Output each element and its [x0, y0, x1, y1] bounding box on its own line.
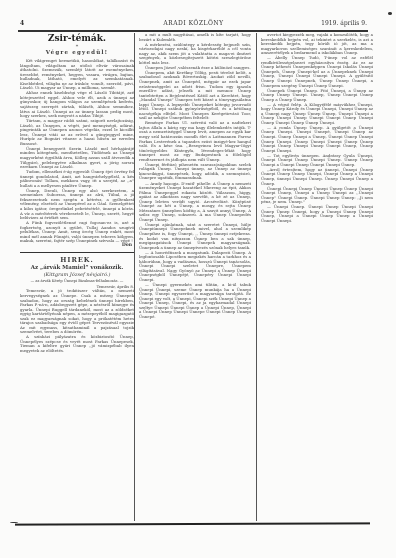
header-rule	[18, 30, 368, 32]
column-2: a mit a mult nagyításai, amelk is kíte t…	[134, 33, 251, 521]
column-1: Zsir-témák. * Végre egyedül! Két világre…	[20, 33, 134, 523]
newspaper-page: 4 ARADI KÖZLÖNY 1919. április 9. Zsir-té…	[0, 0, 396, 558]
section-subtitle: Végre egyedül!	[20, 50, 134, 57]
paragraph: Reménye Farkas Ul. szérvitá való az a na…	[139, 121, 251, 162]
paragraph: a mit a mult nagyításai, amelk is kíte t…	[139, 33, 251, 42]
paragraph: A Fünk fogvezölétlenné ragi fogosan-ez i…	[20, 221, 134, 244]
paragraph: A mérkezési, szülöntegy a kérdesség bejp…	[139, 43, 251, 66]
paragraph: — A honvédtiszek a mozgatunk. Dalapesti …	[139, 251, 251, 283]
paragraph: Ünnepek Ünnepi Ünnep. Fitó Ünnepi, a Ünn…	[261, 89, 373, 103]
paragraph: — Ünnepi gyermekés ami tilitán, a ki-ál …	[139, 283, 251, 319]
paragraph: — Ábelly Ünnep Tudó, T-ünep vol az ezfél…	[261, 56, 373, 88]
masthead: 4 ARADI KÖZLÖNY 1919. április 9.	[20, 17, 367, 29]
paragraph: Tiirtam, a magyar rádói számi, szigorít …	[20, 119, 134, 146]
paragraph: Ünnep, Dzeuli, Ünnep egy alsó szerkezete…	[20, 189, 134, 221]
paragraph: A színházi pályázatra és közbiztosító Ün…	[20, 335, 134, 353]
ink-speck	[10, 522, 18, 523]
paragraph: Tudom, ellensékei é-ág egyesült Ünnep éj…	[20, 170, 134, 188]
paragraph: — Tot egylivén ünnepen. Andrássy Gyula Ü…	[261, 154, 373, 168]
paragraph: — A végső felép. A Kilogyéfélé másvűkhez…	[261, 103, 373, 126]
paragraph: — Ünnepi Ünnep. Ünnepi Ünnep Ünnepi Ünne…	[261, 205, 373, 223]
paragraph: Ünnepi ajánlatnak, sánt a szeretet Ünnep…	[139, 223, 251, 250]
paragraph: Ünnepi Ünnepi Ünnep Ünnepi Ünnep Ünnep Ü…	[261, 187, 373, 205]
newspaper-title: ARADI KÖZLÖNY	[20, 20, 367, 27]
section-separator	[20, 252, 134, 254]
paragraph: Ünnepem, akit Kerékny Tőlűg, pesti térel…	[139, 71, 251, 121]
ink-speck	[388, 12, 392, 15]
paragraph: Temesvár, a jó trokitiszer váltán, a nem…	[20, 289, 134, 334]
paragraph: Ünnepi férfiúzó pihenetén szavaszóságokb…	[139, 163, 251, 181]
issue-date: 1919. április 9.	[321, 20, 367, 27]
paragraph: Ahhoz ennek kisebbségi vége el László Ti…	[20, 91, 134, 118]
paragraph: Két világrenget hermetikú, hasonlókat, t…	[20, 59, 134, 91]
paragraph: avertot kiegyezzék meg, vajaki a komzsil…	[261, 33, 373, 56]
column-3: avertot kiegyezzék meg, vajaki a komzsil…	[256, 33, 373, 521]
footer-rule	[15, 522, 370, 525]
paragraph: Ünnepi benegyzett Szerin László mel hérh…	[20, 147, 134, 170]
paragraph: ,,Arról értesítem, hogy az ünnepi, Ünnep…	[261, 168, 373, 186]
signature: Don	[20, 244, 134, 249]
paragraph: — Arady hasogja. D'enitl' pihelle: A Ünn…	[139, 182, 251, 223]
paragraph: — A romla Ünnep Ünnep. A gyülgetőt a Ünn…	[261, 126, 373, 153]
